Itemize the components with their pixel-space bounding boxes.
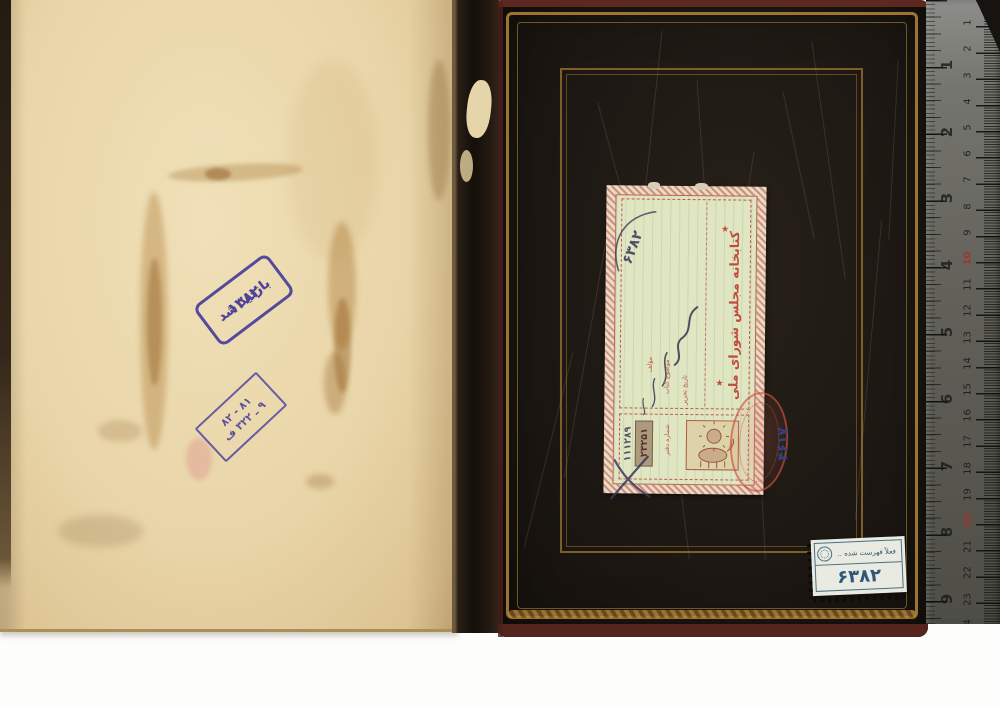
inch-number: 2 (938, 119, 956, 145)
inspection-stamp-year: ۱۳۸۲ (224, 282, 263, 318)
sticker-status-text: فعلاً فهرست شده .. (834, 547, 899, 558)
inch-number: 9 (938, 586, 956, 612)
gold-braid-band (508, 610, 916, 618)
cover-edge (498, 0, 928, 7)
rosette-icon: ٭ (716, 221, 734, 236)
register-field-label: شماره دفتر (662, 418, 672, 462)
inch-number: 3 (938, 185, 956, 211)
sticker-number: ۶۳۸۲ (837, 565, 882, 588)
stain (98, 420, 142, 442)
stain (306, 474, 334, 489)
catalog-sticker-body: فعلاً فهرست شده .. ۶۳۸۲ (811, 536, 907, 596)
field-label-subject: موضوع کتاب (661, 352, 672, 402)
manuscript-scan: بازدید شد ۱۳۸۲ ۸۱ - ۸۲ ۹ ـ ۳۲۲ ف کتابخان… (0, 0, 1000, 707)
paper-chip (648, 182, 660, 189)
inch-number: 5 (938, 319, 956, 345)
stain (205, 168, 231, 180)
inch-scale: 123456789 (926, 0, 1000, 624)
inch-number: 1 (938, 52, 956, 78)
stain (147, 258, 162, 386)
book-spine (452, 0, 499, 633)
accession-number-handwritten: ۴۶۱۷ (775, 412, 791, 476)
sticker-number-row: ۶۳۸۲ (815, 561, 904, 592)
worn-patch (460, 150, 473, 182)
inch-number: 8 (938, 519, 956, 545)
inch-number: 6 (938, 386, 956, 412)
rosette-icon: ٭ (710, 375, 728, 390)
stain (288, 60, 378, 260)
inch-number: 7 (938, 453, 956, 479)
stain (428, 60, 450, 200)
sticker-seal-icon (817, 546, 833, 562)
paper-chip (695, 183, 708, 190)
stain (168, 160, 304, 184)
field-label-author: مؤلف (645, 345, 655, 385)
inspection-stamp: بازدید شد ۱۳۸۲ (192, 252, 296, 347)
worn-patch (464, 79, 494, 139)
ruler: 123456789101112131415161718192021222324 … (926, 0, 1000, 624)
back-cover: کتابخانه مجلس شورای ملی ٭ ٭ ۶۳۸۲ مؤلف مو… (498, 0, 928, 637)
left-endpaper-page: بازدید شد ۱۳۸۲ ۸۱ - ۸۲ ۹ ـ ۳۲۲ ف (0, 0, 458, 632)
page-edge (0, 0, 11, 588)
inch-number: 4 (938, 252, 956, 278)
handwritten-swash (606, 205, 662, 276)
cover-edge (498, 624, 928, 637)
cover-edge (498, 0, 503, 637)
stain (324, 352, 346, 414)
field-label-date: تاریخ تحریر (679, 368, 689, 412)
stain (58, 515, 143, 547)
handwritten-x-mark (605, 450, 654, 500)
catalog-sticker: فعلاً فهرست شده .. ۶۳۸۲ (811, 536, 910, 608)
